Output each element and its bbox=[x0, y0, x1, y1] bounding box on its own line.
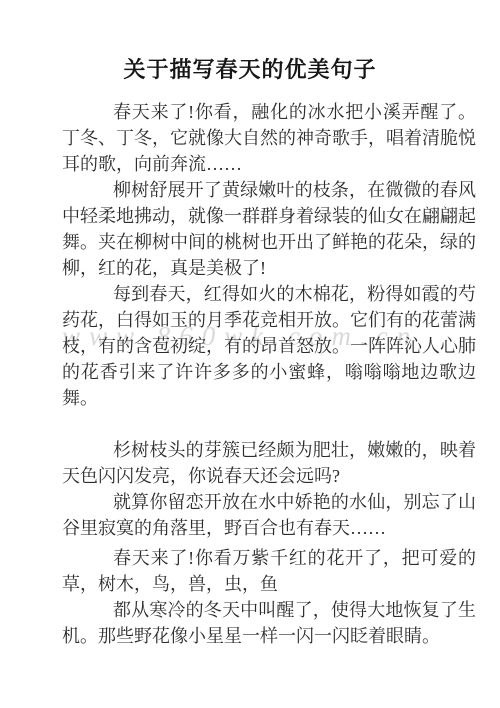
paragraph-7: 都从寒冷的冬天中叫醒了，使得大地恢复了生机。那些野花像小星星一样一闪一闪眨着眼睛… bbox=[62, 597, 476, 649]
paragraph-2: 柳树舒展开了黄绿嫩叶的枝条，在微微的春风中轻柔地拂动，就像一群群身着绿装的仙女在… bbox=[62, 177, 476, 281]
document-body: 春天来了!你看，融化的冰水把小溪弄醒了。丁冬、丁冬，它就像大自然的神奇歌手，唱着… bbox=[62, 99, 476, 649]
paragraph-1: 春天来了!你看，融化的冰水把小溪弄醒了。丁冬、丁冬，它就像大自然的神奇歌手，唱着… bbox=[62, 99, 476, 177]
paragraph-5: 就算你留恋开放在水中娇艳的水仙，别忘了山谷里寂寞的角落里，野百合也有春天…… bbox=[62, 489, 476, 541]
document-page: www.860wk.com.cn 关于描写春天的优美句子 春天来了!你看，融化的… bbox=[0, 0, 500, 708]
paragraph-4: 杉树枝头的芽簇已经颇为肥壮，嫩嫩的，映着天色闪闪发亮，你说春天还会远吗? bbox=[62, 437, 476, 489]
paragraph-6: 春天来了!你看万紫千红的花开了，把可爱的草，树木，鸟，兽，虫，鱼 bbox=[62, 545, 476, 597]
page-title: 关于描写春天的优美句子 bbox=[0, 55, 500, 85]
paragraph-3: 每到春天，红得如火的木棉花，粉得如霞的芍药花，白得如玉的月季花竞相开放。它们有的… bbox=[62, 281, 476, 411]
